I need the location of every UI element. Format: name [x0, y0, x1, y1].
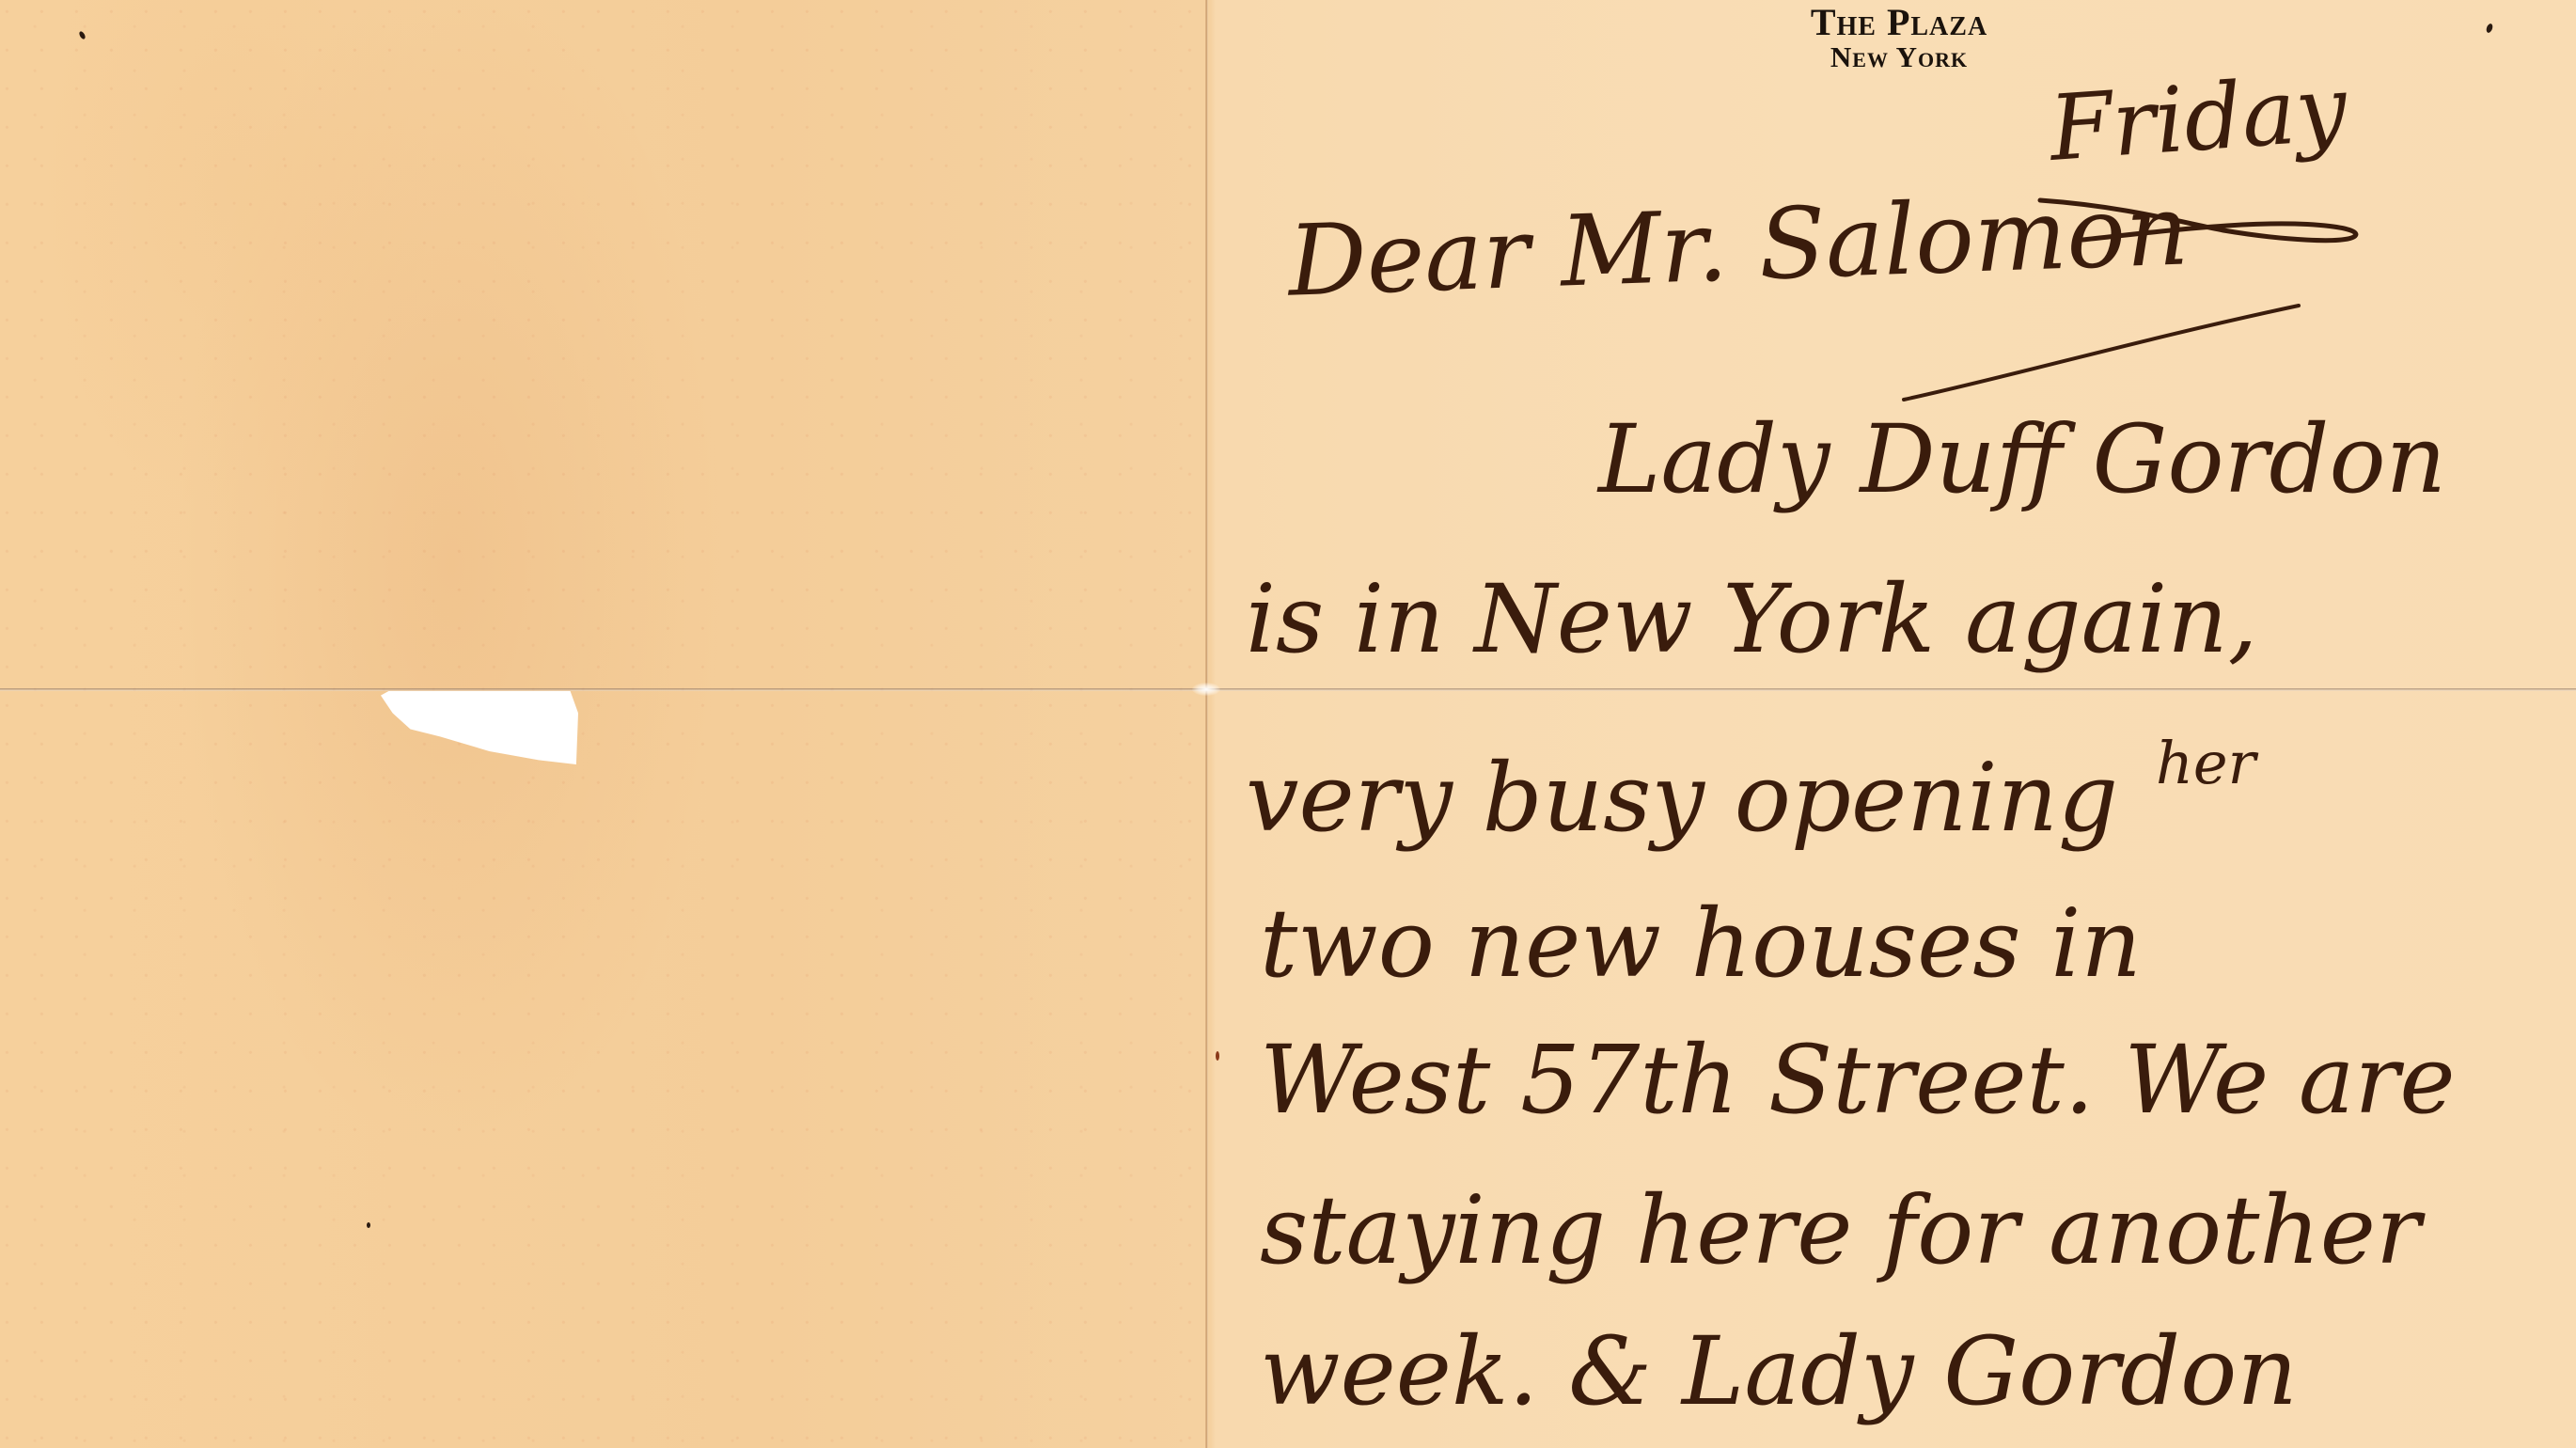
fold-intersection-glint [1192, 683, 1220, 696]
salutation: Dear Mr. Salomon [1286, 172, 2191, 318]
letterhead: The Plaza New York [1749, 4, 2050, 73]
horizontal-fold-crease [0, 688, 2576, 691]
letter-paper: The Plaza New York Friday Dear Mr. Salom… [0, 0, 2576, 1448]
letterhead-city: New York [1749, 41, 2050, 73]
letter-line: very busy openingher [1246, 743, 2255, 853]
letter-date: Friday [2046, 55, 2349, 181]
paper-speck [367, 1222, 370, 1228]
letter-line-text: very busy opening [1246, 743, 2118, 853]
letter-line-insert: her [2156, 729, 2255, 797]
letter-line: week. & Lady Gordon [1260, 1316, 2298, 1426]
letter-line: staying here for another [1260, 1175, 2421, 1285]
letterhead-name: The Plaza [1749, 4, 2050, 41]
vertical-fold-crease [1205, 0, 1208, 1448]
salutation-underline-flourish [1899, 301, 2303, 404]
letter-line: is in New York again, [1246, 564, 2257, 674]
paper-speck [2485, 23, 2493, 33]
letter-line: West 57th Street. We are [1260, 1025, 2456, 1135]
paper-fiber-texture [0, 0, 1203, 1448]
torn-hole [381, 691, 578, 764]
paper-speck [78, 30, 86, 39]
letter-line: Lady Duff Gordon [1598, 404, 2446, 514]
paper-speck [1216, 1051, 1219, 1061]
letter-line: two new houses in [1260, 889, 2142, 999]
